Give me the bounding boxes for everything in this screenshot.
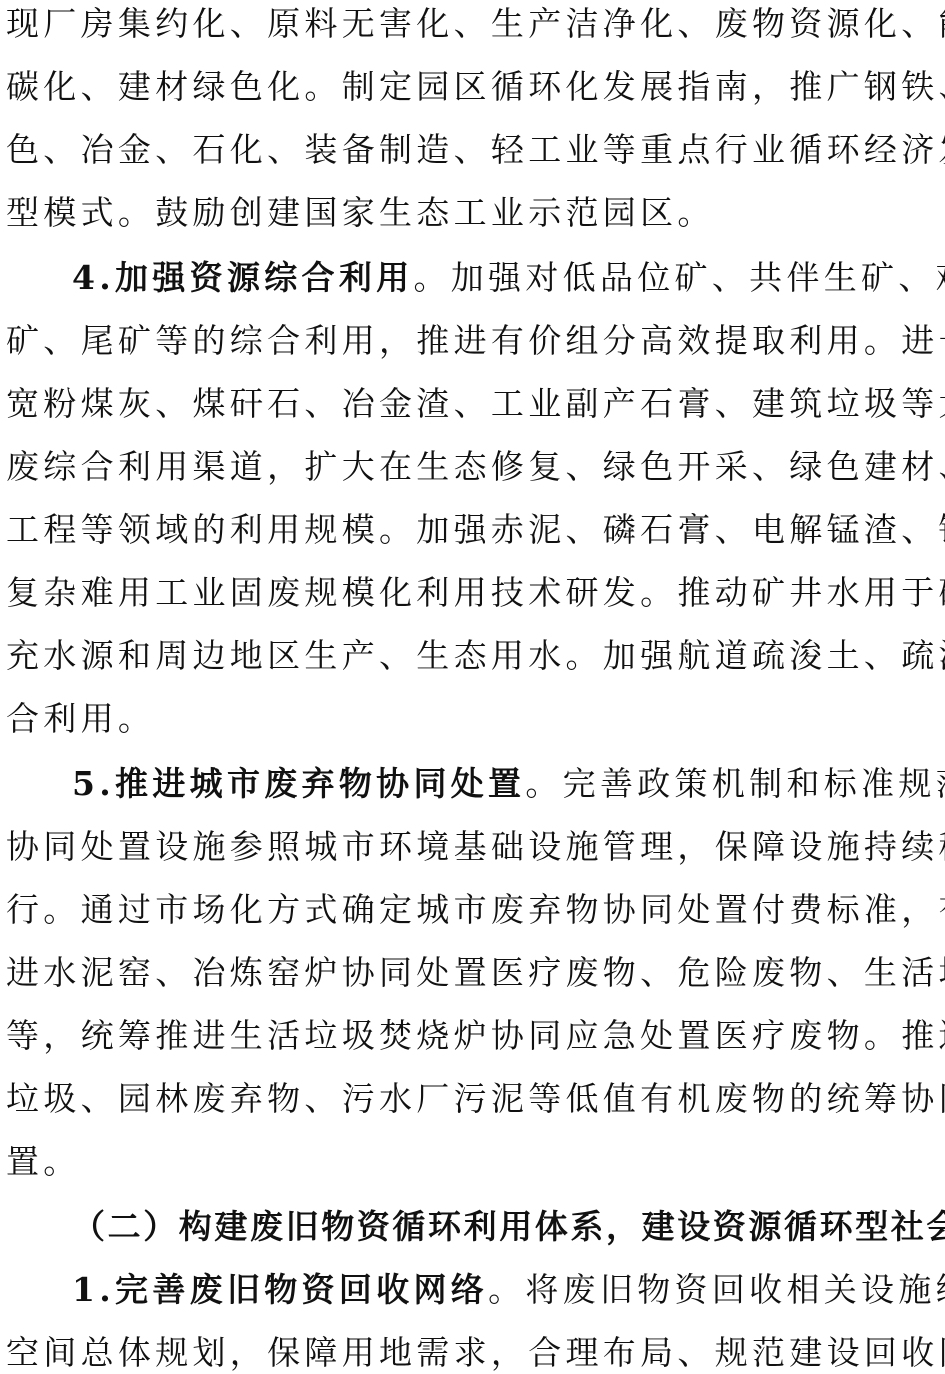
text-line: 垃圾、园林废弃物、污水厂污泥等低值有机废物的统筹协同处 <box>6 1079 939 1119</box>
text-line: 进水泥窑、冶炼窑炉协同处置医疗废物、危险废物、生活垃圾 <box>6 953 939 993</box>
item-4-first-line-text: 。加强对低品位矿、共伴生矿、难选冶 <box>413 258 945 297</box>
section-heading: （二）构建废旧物资循环利用体系，建设资源循环型社会。 <box>72 1207 902 1247</box>
section2-item-1-first-line: 1.完善废旧物资回收网络。将废旧物资回收相关设施纳入国土 <box>72 1270 939 1310</box>
item-5-heading: 5.推进城市废弃物协同处置 <box>72 764 525 803</box>
item-5-first-line-text: 。完善政策机制和标准规范，推动 <box>525 764 945 803</box>
text-line: 复杂难用工业固废规模化利用技术研发。推动矿井水用于矿区补 <box>6 573 939 613</box>
text-line: 现厂房集约化、原料无害化、生产洁净化、废物资源化、能源低 <box>6 4 939 44</box>
text-line: 充水源和周边地区生产、生态用水。加强航道疏浚土、疏浚砂综 <box>6 636 939 676</box>
text-line: 矿、尾矿等的综合利用，推进有价组分高效提取利用。进一步拓 <box>6 321 939 361</box>
document-page: 现厂房集约化、原料无害化、生产洁净化、废物资源化、能源低 碳化、建材绿色化。制定… <box>0 0 945 1374</box>
section2-item-1-heading: 1.完善废旧物资回收网络 <box>72 1270 488 1309</box>
item-4-first-line: 4.加强资源综合利用。加强对低品位矿、共伴生矿、难选冶 <box>72 258 939 298</box>
text-line: 型模式。鼓励创建国家生态工业示范园区。 <box>6 193 939 233</box>
text-line: 碳化、建材绿色化。制定园区循环化发展指南，推广钢铁、有 <box>6 67 939 107</box>
text-line: 合利用。 <box>6 699 939 739</box>
text-line: 置。 <box>6 1142 939 1182</box>
section2-item-1-first-line-text: 。将废旧物资回收相关设施纳入国土 <box>488 1270 945 1309</box>
item-4-heading: 4.加强资源综合利用 <box>72 258 413 297</box>
text-line: 空间总体规划，保障用地需求，合理布局、规范建设回收网络体 <box>6 1333 939 1373</box>
text-line: 宽粉煤灰、煤矸石、冶金渣、工业副产石膏、建筑垃圾等大宗固 <box>6 384 939 424</box>
text-line: 废综合利用渠道，扩大在生态修复、绿色开采、绿色建材、交通 <box>6 447 939 487</box>
text-line: 协同处置设施参照城市环境基础设施管理，保障设施持续稳定运 <box>6 827 939 867</box>
text-line: 等，统筹推进生活垃圾焚烧炉协同应急处置医疗废物。推进厨余 <box>6 1016 939 1056</box>
text-line: 色、冶金、石化、装备制造、轻工业等重点行业循环经济发展典 <box>6 130 939 170</box>
text-line: 行。通过市场化方式确定城市废弃物协同处置付费标准，有序推 <box>6 890 939 930</box>
text-line: 工程等领域的利用规模。加强赤泥、磷石膏、电解锰渣、钢渣等 <box>6 510 939 550</box>
item-5-first-line: 5.推进城市废弃物协同处置。完善政策机制和标准规范，推动 <box>72 764 939 804</box>
